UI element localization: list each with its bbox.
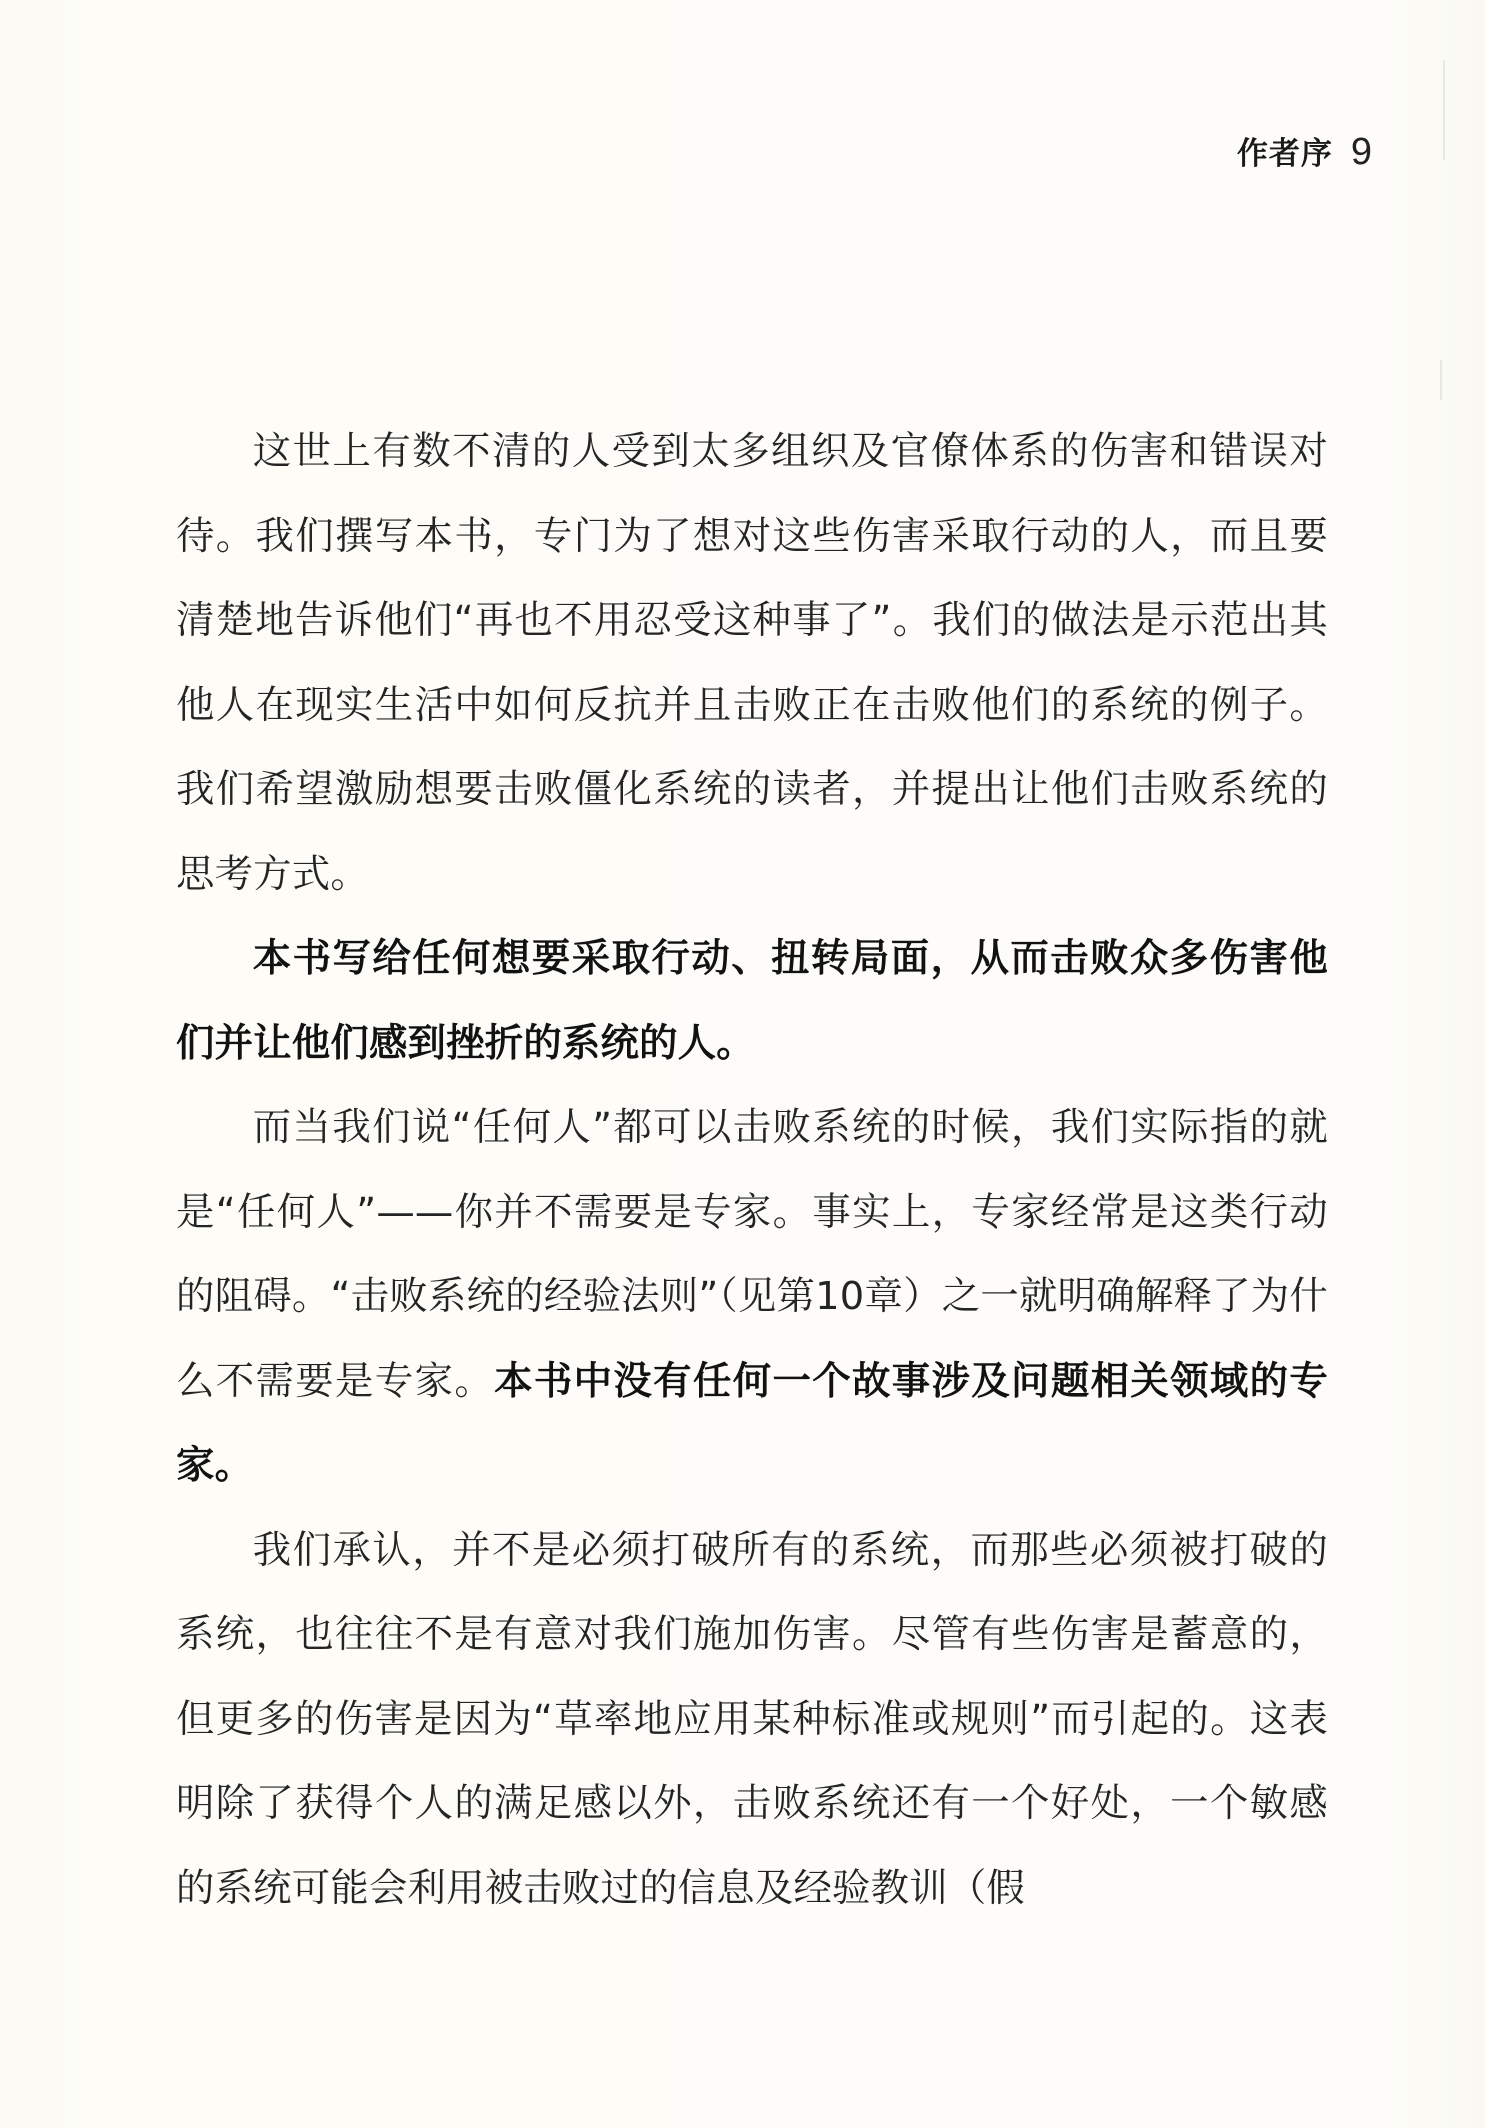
scan-artifact <box>1440 360 1442 400</box>
paragraph-audience: 本书写给任何想要采取行动、扭转局面，从而击败众多伤害他们并让他们感到挫折的系统的… <box>176 917 1328 1086</box>
paragraph-text: 这世上有数不清的人受到太多组织及官僚体系的伤害和错误对待。我们撰写本书，专门为了… <box>176 429 1328 897</box>
paragraph-acknowledge: 我们承认，并不是必须打破所有的系统，而那些必须被打破的系统，也往往不是有意对我们… <box>176 1509 1328 1932</box>
paragraph-text: 我们承认，并不是必须打破所有的系统，而那些必须被打破的系统，也往往不是有意对我们… <box>176 1528 1328 1911</box>
page-number: 9 <box>1351 131 1372 174</box>
paragraph-intro: 这世上有数不清的人受到太多组织及官僚体系的伤害和错误对待。我们撰写本书，专门为了… <box>176 410 1328 917</box>
book-page: 作者序 9 这世上有数不清的人受到太多组织及官僚体系的伤害和错误对待。我们撰写本… <box>0 0 1485 2128</box>
paragraph-text-bold: 本书写给任何想要采取行动、扭转局面，从而击败众多伤害他们并让他们感到挫折的系统的… <box>176 936 1328 1066</box>
body-text: 这世上有数不清的人受到太多组织及官僚体系的伤害和错误对待。我们撰写本书，专门为了… <box>176 410 1328 1931</box>
chapter-title: 作者序 <box>1237 128 1333 173</box>
running-head: 作者序 9 <box>1237 128 1372 174</box>
paragraph-anyone: 而当我们说“任何人”都可以击败系统的时候，我们实际指的就是“任何人”——你并不需… <box>176 1086 1328 1509</box>
scan-artifact <box>1443 60 1445 160</box>
